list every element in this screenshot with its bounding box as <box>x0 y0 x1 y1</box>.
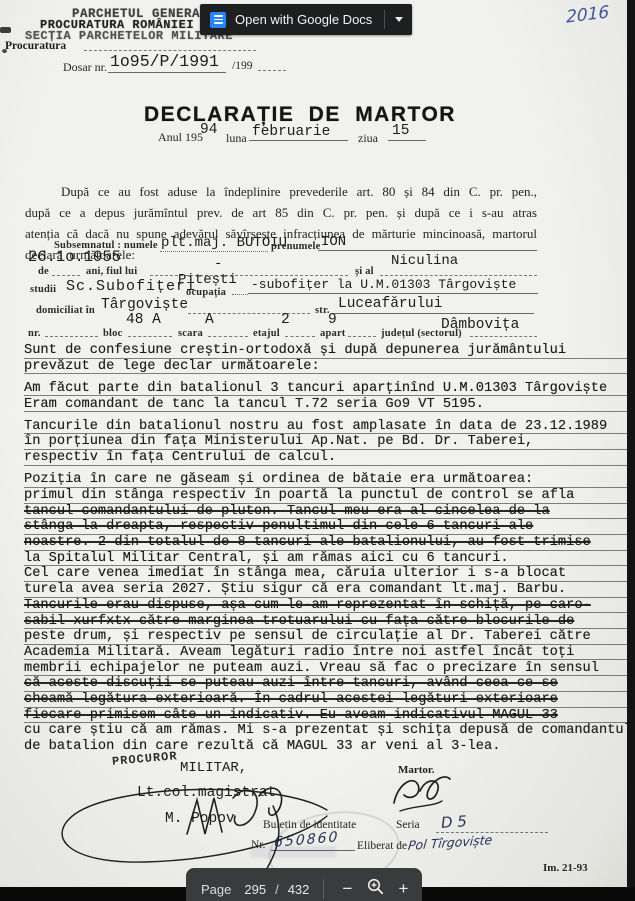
form-line <box>160 250 268 252</box>
typed-line: primul din stânga respectiv în poartă la… <box>24 488 628 504</box>
etajul-label: etajul <box>253 328 280 339</box>
typed-line: sabil xurfxtx către marginea trotuarului… <box>24 614 628 630</box>
typed-line: turela avea seria 2027. Știu sigur că er… <box>24 582 628 598</box>
page-total: 432 <box>288 882 310 897</box>
typed-line: în porțiunea din fața Ministerului Ap.Na… <box>24 434 628 450</box>
typed-line: Poziția în care ne găseam și ordinea de … <box>24 472 628 488</box>
typed-line: Cel care venea imediat în stânga mea, că… <box>24 566 628 582</box>
chevron-down-icon <box>395 17 403 22</box>
page-separator: / <box>275 882 279 897</box>
typed-paragraph: Tancurile din batalionul nostru au fost … <box>24 419 628 466</box>
date-luna-label: luna <box>226 131 247 146</box>
typed-line: tancul comandantului de pluton. Tancul m… <box>24 504 628 520</box>
typed-line: prevăzut de lege declar următoarele: <box>24 359 628 375</box>
page-toolbar: Page 295 / 432 − + <box>186 868 422 901</box>
form-line <box>108 71 226 73</box>
father-value: - <box>214 256 222 272</box>
form-line <box>84 49 256 51</box>
typed-line: Academia Militară. Aveam legături radio … <box>24 645 628 661</box>
mother-value: Niculina <box>391 253 458 269</box>
open-options-dropdown[interactable] <box>385 4 412 35</box>
seria-value: D 5 <box>440 812 467 832</box>
typed-line: peste drum, și respectiv pe sensul de ci… <box>24 629 628 645</box>
judet-label: județul (sectorul) <box>381 328 462 339</box>
page-label: Page <box>201 882 231 897</box>
city-value: Târgoviște <box>101 297 188 313</box>
open-with-google-docs-main[interactable]: Open with Google Docs <box>200 4 384 35</box>
form-line <box>388 139 426 141</box>
typed-line: respectiv în fața Centrului de calcul. <box>24 450 628 466</box>
typed-line: Eram comandant de tanc la tancul T.72 se… <box>24 397 628 413</box>
scan-mark <box>2 49 7 53</box>
typed-line: Tancurile erau dispuse, așa cum le-am re… <box>24 598 628 614</box>
date-ziua-value: 15 <box>392 123 409 139</box>
typed-line: că aceste discuții se puteau auzi între … <box>24 676 628 692</box>
form-line <box>249 139 348 141</box>
form-line <box>208 335 248 337</box>
toolbar-divider <box>323 879 324 899</box>
form-line <box>52 274 80 276</box>
document-scan-page: PARCHETUL GENERAL PROCURATURA ROMÂNIEI S… <box>0 0 635 901</box>
eliberat-value: Pol Tîrgoviște <box>407 832 493 853</box>
eliberat-label: Eliberat de <box>357 840 407 852</box>
apart-label: apart <box>320 328 346 339</box>
typed-line: Am făcut parte din batalionul 3 tancuri … <box>24 381 628 397</box>
date-anul-typed: 94 <box>200 122 217 138</box>
form-line <box>470 335 537 337</box>
typed-paragraph: Am făcut parte din batalionul 3 tancuri … <box>24 381 628 412</box>
form-line <box>248 292 538 294</box>
typed-line: stânga la dreapta, respectiv penultimul … <box>24 519 628 535</box>
name-value: plt.maj. BUTOIU <box>161 235 287 251</box>
studii-value: Sc.Subofițeri <box>66 278 196 295</box>
typed-line: cu care știu că am rămas. Mi s-a prezent… <box>24 723 628 739</box>
nr-label: nr. <box>28 328 41 339</box>
form-line <box>334 312 534 314</box>
typed-paragraph: Poziția în care ne găseam și ordinea de … <box>24 472 628 754</box>
google-docs-icon <box>210 12 226 28</box>
house-nr-value: 48 A <box>126 312 161 328</box>
date-ziua-label: ziua <box>358 131 378 146</box>
domiciliat-label: domiciliat în <box>36 305 95 316</box>
typed-line: noastre. 2 din totalul de 8 tancuri ale … <box>24 535 628 551</box>
date-luna-value: februarie <box>252 124 330 140</box>
page-number-input[interactable]: 295 <box>244 882 266 897</box>
martor-signature <box>388 771 460 817</box>
de-label: de <box>38 266 49 277</box>
dosar-label: Dosar nr. <box>63 60 107 75</box>
ocupatia-label: ocupația <box>186 287 226 298</box>
street-value: Luceafărului <box>338 296 442 312</box>
typed-body: Sunt de confesiune creștin-ortodoxă și d… <box>24 343 628 761</box>
form-line <box>232 293 248 295</box>
birth-date-value: 26.1o.1955 <box>28 248 121 266</box>
form-line <box>45 335 98 337</box>
etaj-value: 2 <box>281 312 290 328</box>
typed-line: de batalion din care rezultă că MAGUL 33… <box>24 739 628 755</box>
zoom-out-button[interactable]: − <box>336 879 358 899</box>
magnifier-icon <box>367 878 384 895</box>
zoom-in-button[interactable]: + <box>392 879 414 899</box>
form-org-label: Procuratura <box>5 40 66 52</box>
scara-value: A <box>205 312 214 328</box>
prenume-value: ION <box>321 234 346 250</box>
open-with-google-docs-button[interactable]: Open with Google Docs <box>200 4 412 35</box>
form-line <box>318 249 537 251</box>
typed-line: Sunt de confesiune creștin-ortodoxă și d… <box>24 343 628 359</box>
form-line <box>128 335 172 337</box>
dosar-suffix: /199 <box>232 60 252 72</box>
scara-label: scara <box>178 328 203 339</box>
form-code: Im. 21-93 <box>543 862 588 874</box>
si-al-label: și al <box>355 266 374 277</box>
zoom-tool-button[interactable] <box>364 878 386 900</box>
prenume-label: prenumele <box>271 241 320 252</box>
typed-paragraph: Sunt de confesiune creștin-ortodoxă și d… <box>24 343 628 374</box>
form-line <box>258 69 286 71</box>
typed-line: la Spitalul Militar Central, și am rămas… <box>24 551 628 567</box>
scan-edge-right <box>627 0 635 901</box>
form-line <box>348 335 376 337</box>
studii-label: studii <box>30 284 56 295</box>
form-line <box>380 274 537 276</box>
ocupatia-value: -subofițer la U.M.01303 Târgoviște <box>251 277 516 292</box>
form-line <box>285 335 315 337</box>
scan-mark <box>0 27 11 33</box>
bloc-label: bloc <box>103 328 122 339</box>
apart-value: 9 <box>328 312 337 328</box>
corner-page-number: 2016 <box>566 2 609 27</box>
typed-line: cheamă legătura exterioară. În cadrul ac… <box>24 692 628 708</box>
open-button-label: Open with Google Docs <box>235 12 372 27</box>
ani-fiul-label: ani, fiul lui <box>86 266 137 277</box>
dosar-number: 1o95/P/1991 <box>110 52 219 71</box>
date-anul-label: Anul 195 <box>158 130 203 145</box>
typed-line: fiecare primisem câte un indicativ. Eu a… <box>24 708 628 724</box>
typed-line: membrii echipajelor ne puteam auzi. Vrea… <box>24 661 628 677</box>
studii-value2: Pitești <box>178 272 237 288</box>
typed-line: Tancurile din batalionul nostru au fost … <box>24 419 628 435</box>
seria-label: Seria <box>396 819 420 831</box>
procuror-title: MILITAR, <box>180 760 247 776</box>
